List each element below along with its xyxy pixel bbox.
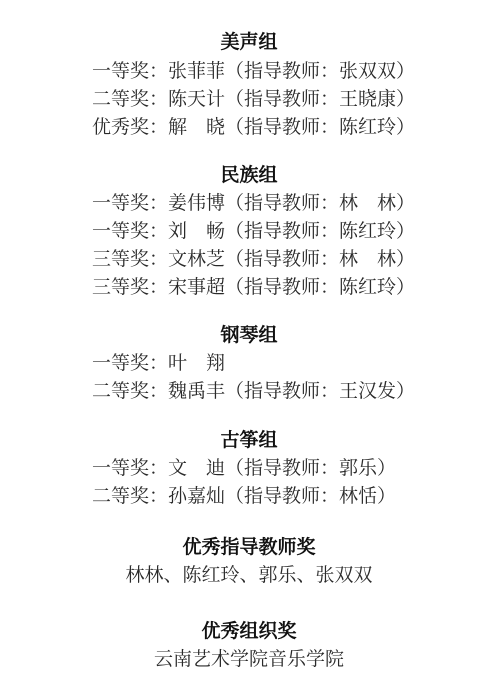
award-entry: 一等奖：刘 畅（指导教师：陈红玲） (92, 219, 415, 243)
award-entry: 一等奖：姜伟博（指导教师：林 林） (92, 191, 415, 215)
award-entry: 一等奖：叶 翔 (92, 351, 225, 375)
group-title-bel-canto: 美声组 (0, 30, 498, 54)
award-entry: 三等奖：文林芝（指导教师：林 林） (92, 247, 415, 271)
organization-award-title: 优秀组织奖 (0, 619, 498, 643)
award-entry: 二等奖：孙嘉灿（指导教师：林恬） (92, 484, 396, 508)
award-entry: 一等奖：张菲菲（指导教师：张双双） (92, 59, 415, 83)
group-title-folk: 民族组 (0, 163, 498, 187)
award-entry: 一等奖：文 迪（指导教师：郭乐） (92, 456, 396, 480)
award-list-page: 美声组 一等奖：张菲菲（指导教师：张双双） 二等奖：陈天计（指导教师：王晓康） … (0, 0, 498, 698)
award-entry: 二等奖：魏禹丰（指导教师：王汉发） (92, 379, 415, 403)
group-title-piano: 钢琴组 (0, 323, 498, 347)
teacher-award-title: 优秀指导教师奖 (0, 535, 498, 559)
organization-award-name: 云南艺术学院音乐学院 (0, 647, 498, 671)
group-title-guzheng: 古筝组 (0, 428, 498, 452)
award-entry: 三等奖：宋事超（指导教师：陈红玲） (92, 275, 415, 299)
award-entry: 优秀奖：解 晓（指导教师：陈红玲） (92, 115, 415, 139)
award-entry: 二等奖：陈天计（指导教师：王晓康） (92, 87, 415, 111)
teacher-award-names: 林林、陈红玲、郭乐、张双双 (0, 563, 498, 587)
